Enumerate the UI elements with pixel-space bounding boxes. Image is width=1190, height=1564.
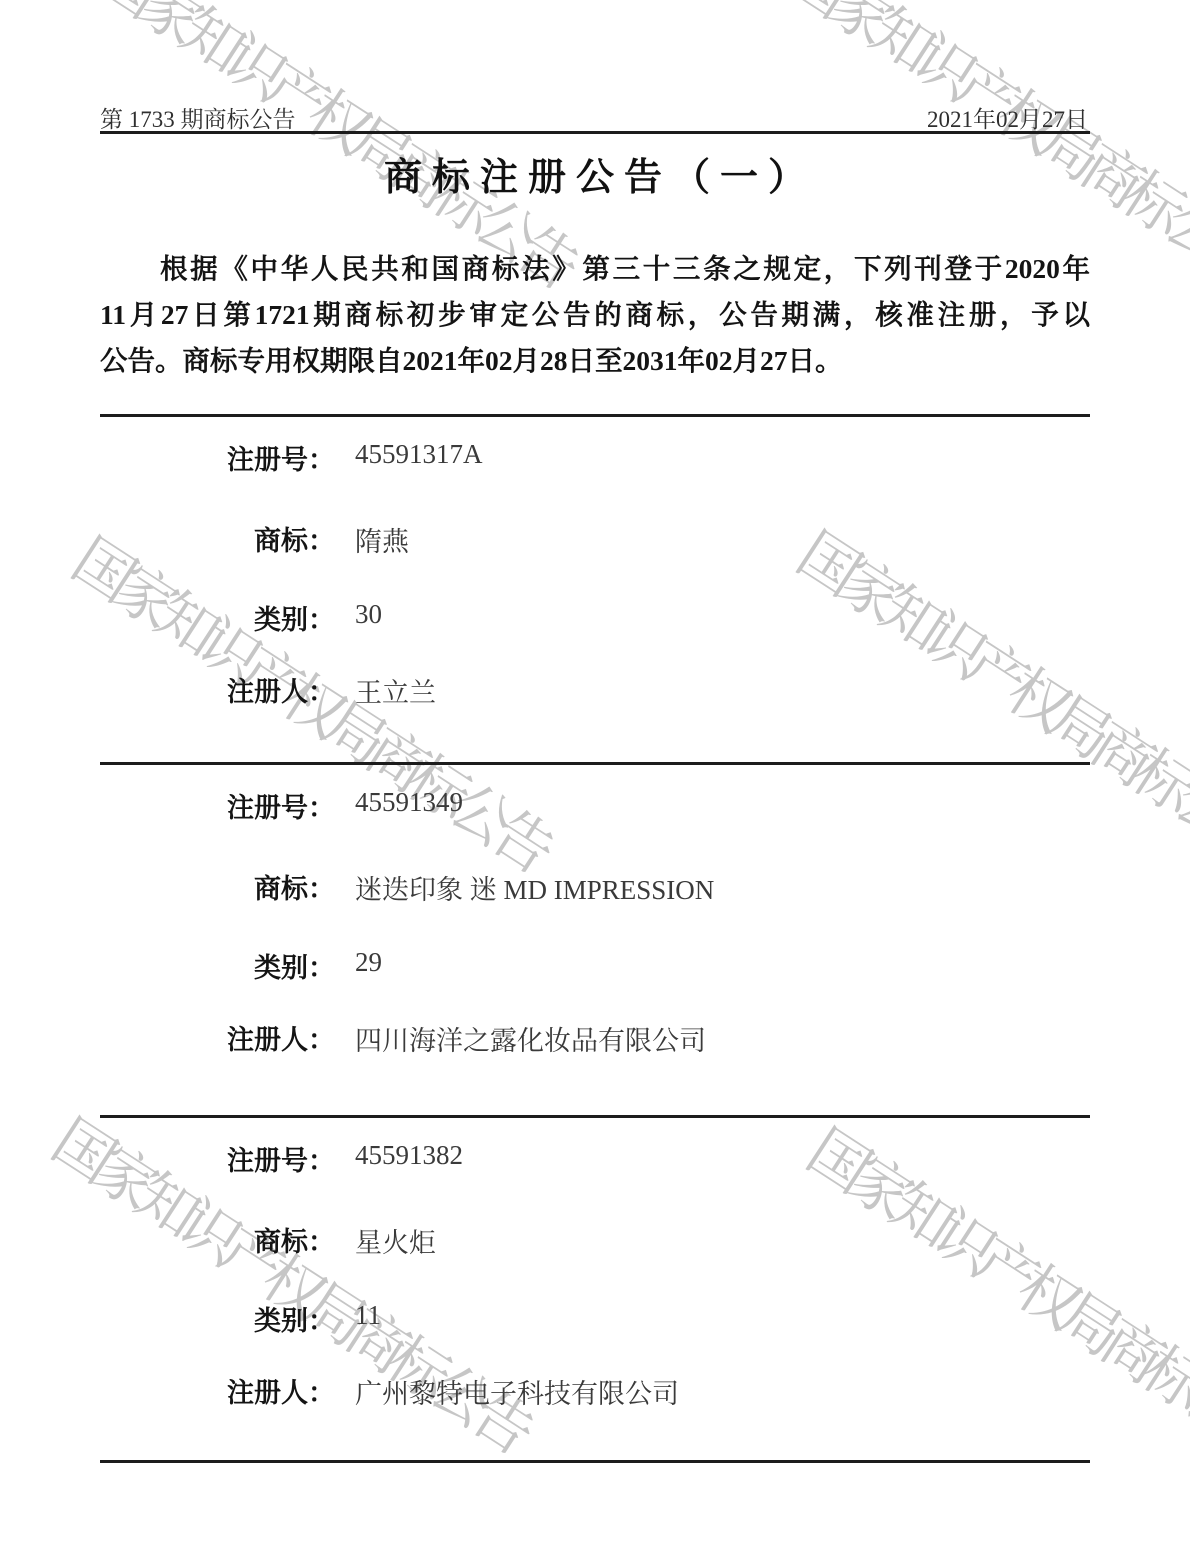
class-value: 29	[355, 947, 382, 978]
class-row: 类别： 11	[100, 1299, 1090, 1333]
registrant-value: 四川海洋之露化妆品有限公司	[355, 1019, 706, 1058]
registrant-value: 广州黎特电子科技有限公司	[355, 1372, 679, 1411]
trademark-value: 迷迭印象 迷 MD IMPRESSION	[355, 868, 714, 907]
class-label: 类别：	[100, 598, 335, 637]
trademark-row: 商标： 星火炬	[100, 1220, 1090, 1254]
registration-number-value: 45591349	[355, 787, 463, 818]
trademark-row: 商标： 迷迭印象 迷 MD IMPRESSION	[100, 867, 1090, 901]
trademark-row: 商标： 隋燕	[100, 519, 1090, 553]
intro-line-3: 公告。商标专用权期限自2021年02月28日至2031年02月27日。	[100, 338, 1090, 384]
gazette-issue: 第 1733 期商标公告	[100, 101, 296, 134]
registration-number-value: 45591382	[355, 1140, 463, 1171]
class-row: 类别： 29	[100, 946, 1090, 980]
trademark-label: 商标：	[100, 519, 335, 558]
class-value: 30	[355, 599, 382, 630]
class-row: 类别： 30	[100, 598, 1090, 632]
registrant-label: 注册人：	[100, 1018, 335, 1057]
gazette-date: 2021年02月27日	[927, 101, 1088, 134]
intro-line-2: 11月27日第1721期商标初步审定公告的商标，公告期满，核准注册，予以	[100, 292, 1090, 338]
trademark-entry: 注册号： 45591349 商标： 迷迭印象 迷 MD IMPRESSION 类…	[100, 762, 1090, 1115]
header-divider	[100, 131, 1090, 134]
registrant-row: 注册人： 四川海洋之露化妆品有限公司	[100, 1018, 1090, 1052]
page-title: 商标注册公告（一）	[0, 146, 1190, 201]
trademark-value: 星火炬	[355, 1221, 436, 1260]
intro-paragraph: 根据《中华人民共和国商标法》第三十三条之规定，下列刊登于2020年 11月27日…	[100, 246, 1090, 384]
registration-number-label: 注册号：	[100, 1139, 335, 1178]
registration-number-value: 45591317A	[355, 439, 483, 470]
class-label: 类别：	[100, 1299, 335, 1338]
trademark-label: 商标：	[100, 867, 335, 906]
class-value: 11	[355, 1300, 381, 1331]
registration-number-label: 注册号：	[100, 438, 335, 477]
page: 国家知识产权局商标公告 国家知识产权局商标公告 国家知识产权局商标公告 国家知识…	[0, 0, 1190, 1564]
intro-line-1: 根据《中华人民共和国商标法》第三十三条之规定，下列刊登于2020年	[100, 246, 1090, 292]
registration-number-row: 注册号： 45591349	[100, 786, 1090, 820]
trademark-value: 隋燕	[355, 520, 409, 559]
registration-number-row: 注册号： 45591382	[100, 1139, 1090, 1173]
registrant-row: 注册人： 王立兰	[100, 670, 1090, 704]
registrant-label: 注册人：	[100, 1371, 335, 1410]
trademark-label: 商标：	[100, 1220, 335, 1259]
registration-number-row: 注册号： 45591317A	[100, 438, 1090, 472]
trademark-entry: 注册号： 45591382 商标： 星火炬 类别： 11 注册人： 广州黎特电子…	[100, 1115, 1090, 1460]
class-label: 类别：	[100, 946, 335, 985]
bottom-divider	[100, 1460, 1090, 1463]
registrant-value: 王立兰	[355, 671, 436, 710]
registrant-label: 注册人：	[100, 670, 335, 709]
trademark-entry: 注册号： 45591317A 商标： 隋燕 类别： 30 注册人： 王立兰	[100, 414, 1090, 762]
registration-number-label: 注册号：	[100, 786, 335, 825]
registrant-row: 注册人： 广州黎特电子科技有限公司	[100, 1371, 1090, 1405]
